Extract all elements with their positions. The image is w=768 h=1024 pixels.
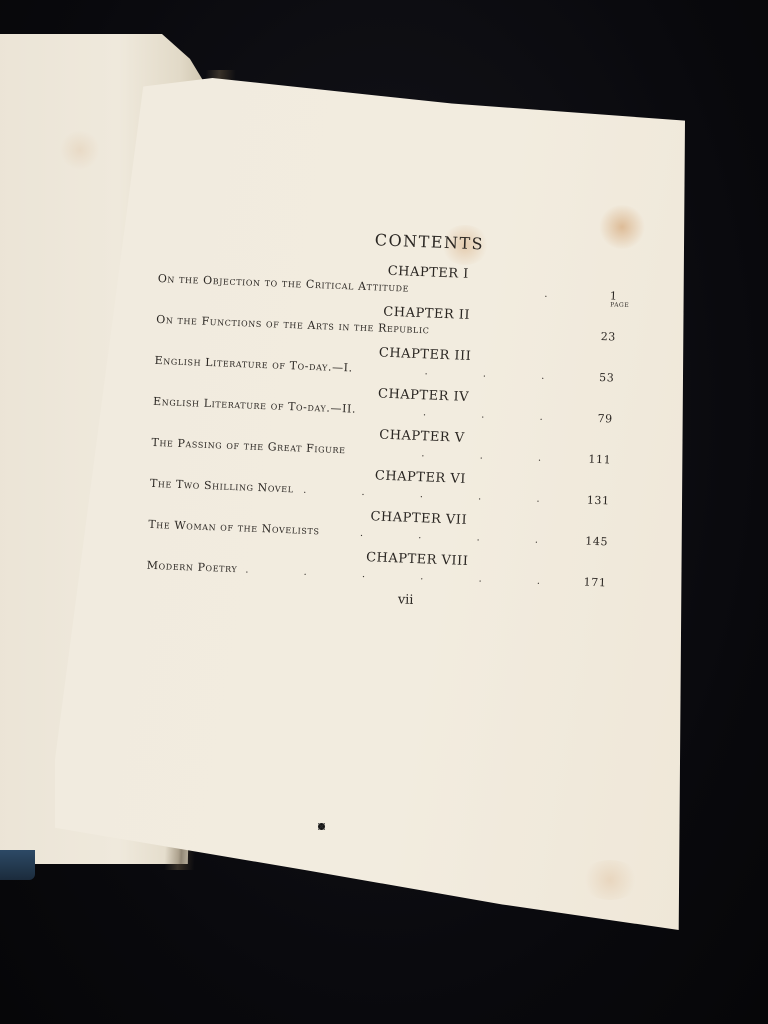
chapter-title: The Two Shilling Novel bbox=[150, 477, 294, 496]
book-cover-edge bbox=[0, 850, 35, 880]
toc-entry: CHAPTER III English Literature of To-day… bbox=[154, 337, 615, 385]
dot-leader: . bbox=[409, 284, 582, 302]
page-number: 131 bbox=[573, 493, 609, 507]
toc-entry: CHAPTER IV English Literature of To-day.… bbox=[153, 378, 614, 426]
page-number: 79 bbox=[577, 411, 613, 425]
toc-entry: CHAPTER VII The Woman of the Novelists .… bbox=[148, 501, 609, 549]
toc-entry: CHAPTER I On the Objection to the Critic… bbox=[158, 255, 619, 303]
insect-speck bbox=[318, 823, 325, 830]
toc-entry: CHAPTER II On the Functions of the Arts … bbox=[156, 296, 617, 344]
page-number: 1 bbox=[581, 288, 617, 302]
table-of-contents: CONTENTS PAGE CHAPTER I On the Objection… bbox=[146, 222, 620, 615]
page-number: 145 bbox=[572, 534, 608, 548]
page-number: 111 bbox=[575, 452, 611, 466]
chapter-title: Modern Poetry bbox=[147, 559, 238, 575]
page-number: 23 bbox=[580, 329, 616, 343]
toc-entry: CHAPTER VI The Two Shilling Novel . . . … bbox=[150, 460, 611, 508]
page-number: 171 bbox=[570, 575, 606, 589]
foxing-stain bbox=[60, 130, 100, 170]
foxing-stain bbox=[580, 860, 640, 900]
photo-scene: CONTENTS PAGE CHAPTER I On the Objection… bbox=[0, 0, 768, 1024]
dot-leader bbox=[429, 333, 580, 339]
toc-entry: CHAPTER VIII Modern Poetry . . . . . . .… bbox=[147, 542, 608, 590]
toc-entry: CHAPTER V The Passing of the Great Figur… bbox=[151, 419, 612, 467]
page-number: 53 bbox=[578, 370, 614, 384]
page-column-label: PAGE bbox=[610, 301, 629, 309]
